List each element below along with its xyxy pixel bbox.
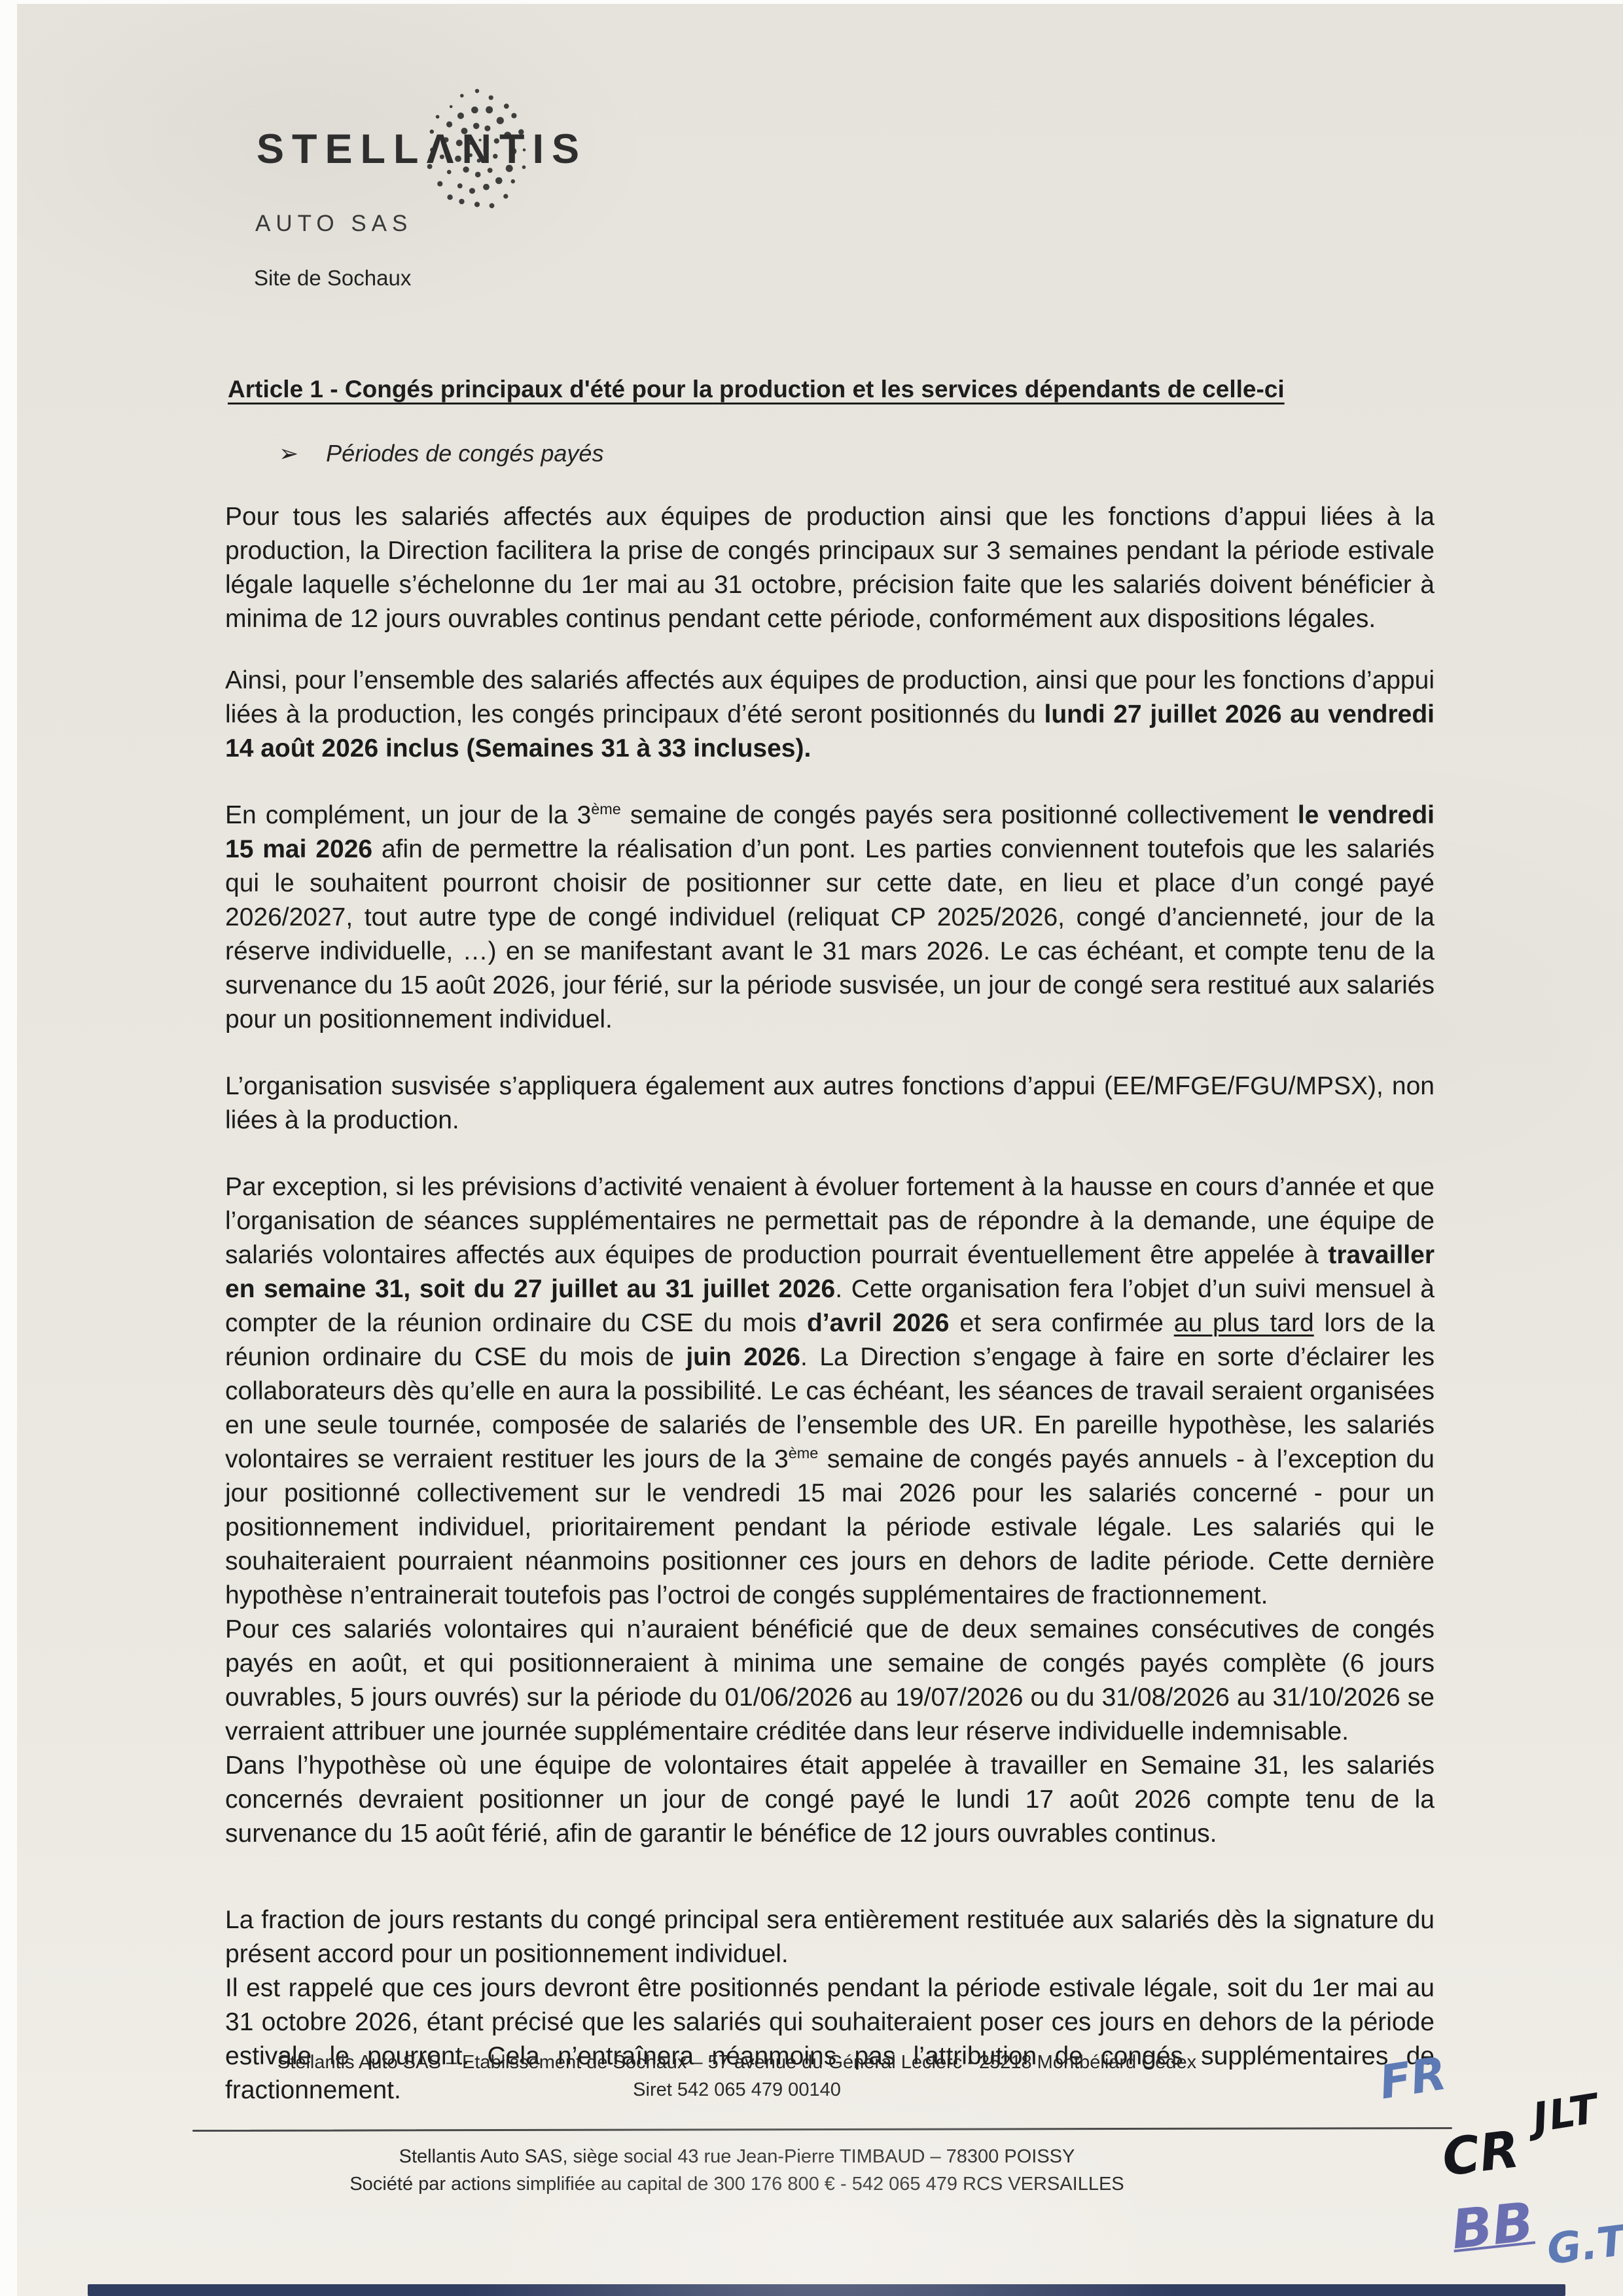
handwritten-initials-bb: BB: [1448, 2191, 1536, 2262]
bullet-label: Périodes de congés payés: [326, 440, 603, 467]
paragraph: La fraction de jours restants du congé p…: [225, 1903, 1435, 1971]
footer-siret-line: Siret 542 065 479 00140: [115, 2076, 1359, 2104]
footer-divider: [192, 2127, 1452, 2132]
site-label: Site de Sochaux: [254, 266, 411, 291]
paragraph: Pour ces salariés volontaires qui n’aura…: [225, 1613, 1435, 1749]
footer-head-office: Stellantis Auto SAS, siège social 43 rue…: [115, 2143, 1359, 2198]
bullet-line: ➢Périodes de congés payés: [279, 440, 603, 467]
handwritten-initials-cr: CR: [1439, 2120, 1522, 2188]
handwritten-initials-fr: FR: [1376, 2047, 1450, 2110]
handwritten-initials-gt: G.T: [1544, 2217, 1623, 2274]
footer-establishment: Stellantis Auto SAS – Etablissement de S…: [115, 2049, 1359, 2104]
paragraph: En complément, un jour de la 3ème semain…: [225, 798, 1435, 1037]
scanned-page: STELLΛNTIS AUTO SAS Site de Sochaux Arti…: [17, 4, 1623, 2296]
footer-address-line: Stellantis Auto SAS – Etablissement de S…: [115, 2049, 1359, 2076]
paragraph: Dans l’hypothèse où une équipe de volont…: [225, 1749, 1435, 1851]
paragraph: Pour tous les salariés affectés aux équi…: [225, 500, 1435, 636]
company-name: AUTO SAS: [255, 211, 412, 237]
paragraph: Par exception, si les prévisions d’activ…: [225, 1170, 1435, 1613]
arrow-bullet-icon: ➢: [279, 440, 298, 467]
footer-hq-line: Stellantis Auto SAS, siège social 43 rue…: [115, 2143, 1359, 2170]
footer-capital-line: Société par actions simplifiée au capita…: [115, 2170, 1359, 2198]
paragraph: Ainsi, pour l’ensemble des salariés affe…: [225, 664, 1435, 766]
article-body: Pour tous les salariés affectés aux équi…: [225, 500, 1435, 2108]
handwritten-initials-jlt: JLT: [1529, 2085, 1602, 2142]
scan-artifact-bar: [88, 2284, 1565, 2296]
stellantis-logo: STELLΛNTIS: [257, 126, 587, 173]
paragraph: L’organisation susvisée s’appliquera éga…: [225, 1069, 1435, 1138]
article-title: Article 1 - Congés principaux d'été pour…: [228, 376, 1285, 403]
